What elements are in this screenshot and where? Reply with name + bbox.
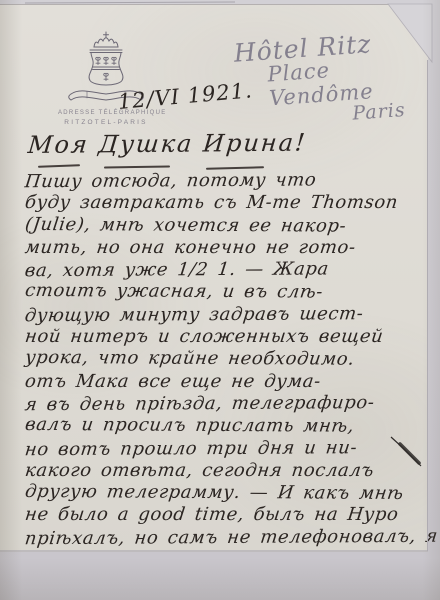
letter-line: дующую минуту задравъ шест- xyxy=(24,303,432,328)
sheet-edge-line-top xyxy=(25,2,235,3)
letter-line: буду завтракать съ M-me Thomson xyxy=(24,192,432,214)
letter-line: стоитъ ужасная, и въ слѣ- xyxy=(24,280,432,304)
letter-line: мить, но она конечно не гото- xyxy=(24,237,432,259)
letter-line: я въ день пріѣзда, телеграфиро- xyxy=(24,392,432,417)
letter-line: другую телеграмму. — И какъ мнѣ xyxy=(24,481,432,505)
letter-line: урока, что крайне необходимо. xyxy=(24,347,432,371)
letter-line: валъ и просилъ прислать мнѣ, xyxy=(24,414,432,438)
letter-body: Пишу отсюда, потому что буду завтракать … xyxy=(25,170,430,549)
letter-line: ва, хотя уже 1/2 1. — Жара xyxy=(24,258,432,283)
letter-line: не было a good time, былъ на Нуро xyxy=(24,504,432,526)
fleur-de-lis-icon xyxy=(96,57,117,80)
letter-line: но вотъ прошло три дня и ни- xyxy=(24,436,432,461)
letter-line: ной нитеръ и сложенныхъ вещей xyxy=(24,326,432,348)
letter-line: Пишу отсюда, потому что xyxy=(24,169,432,194)
crown-icon xyxy=(94,32,118,47)
letterhead-script-block: Hôtel Ritz Place Vendôme Paris xyxy=(225,25,439,133)
letter-line: пріѣхалъ, но самъ не телефоновалъ, я xyxy=(24,526,432,551)
telegraph-address-value: RITZOTEL-PARIS xyxy=(58,119,154,126)
letter-line: (Julie), мнѣ хочется ее накор- xyxy=(24,214,432,238)
salutation: Моя Душка Ирина! xyxy=(27,129,308,159)
letter-line: отъ Мака все еще не дума- xyxy=(24,371,432,393)
letter-line: какого отвѣта, сегодня послалъ xyxy=(24,460,432,482)
letter-photo: ADRESSE TÉLÉGRAPHIQUE RITZOTEL-PARIS Hôt… xyxy=(0,0,440,600)
